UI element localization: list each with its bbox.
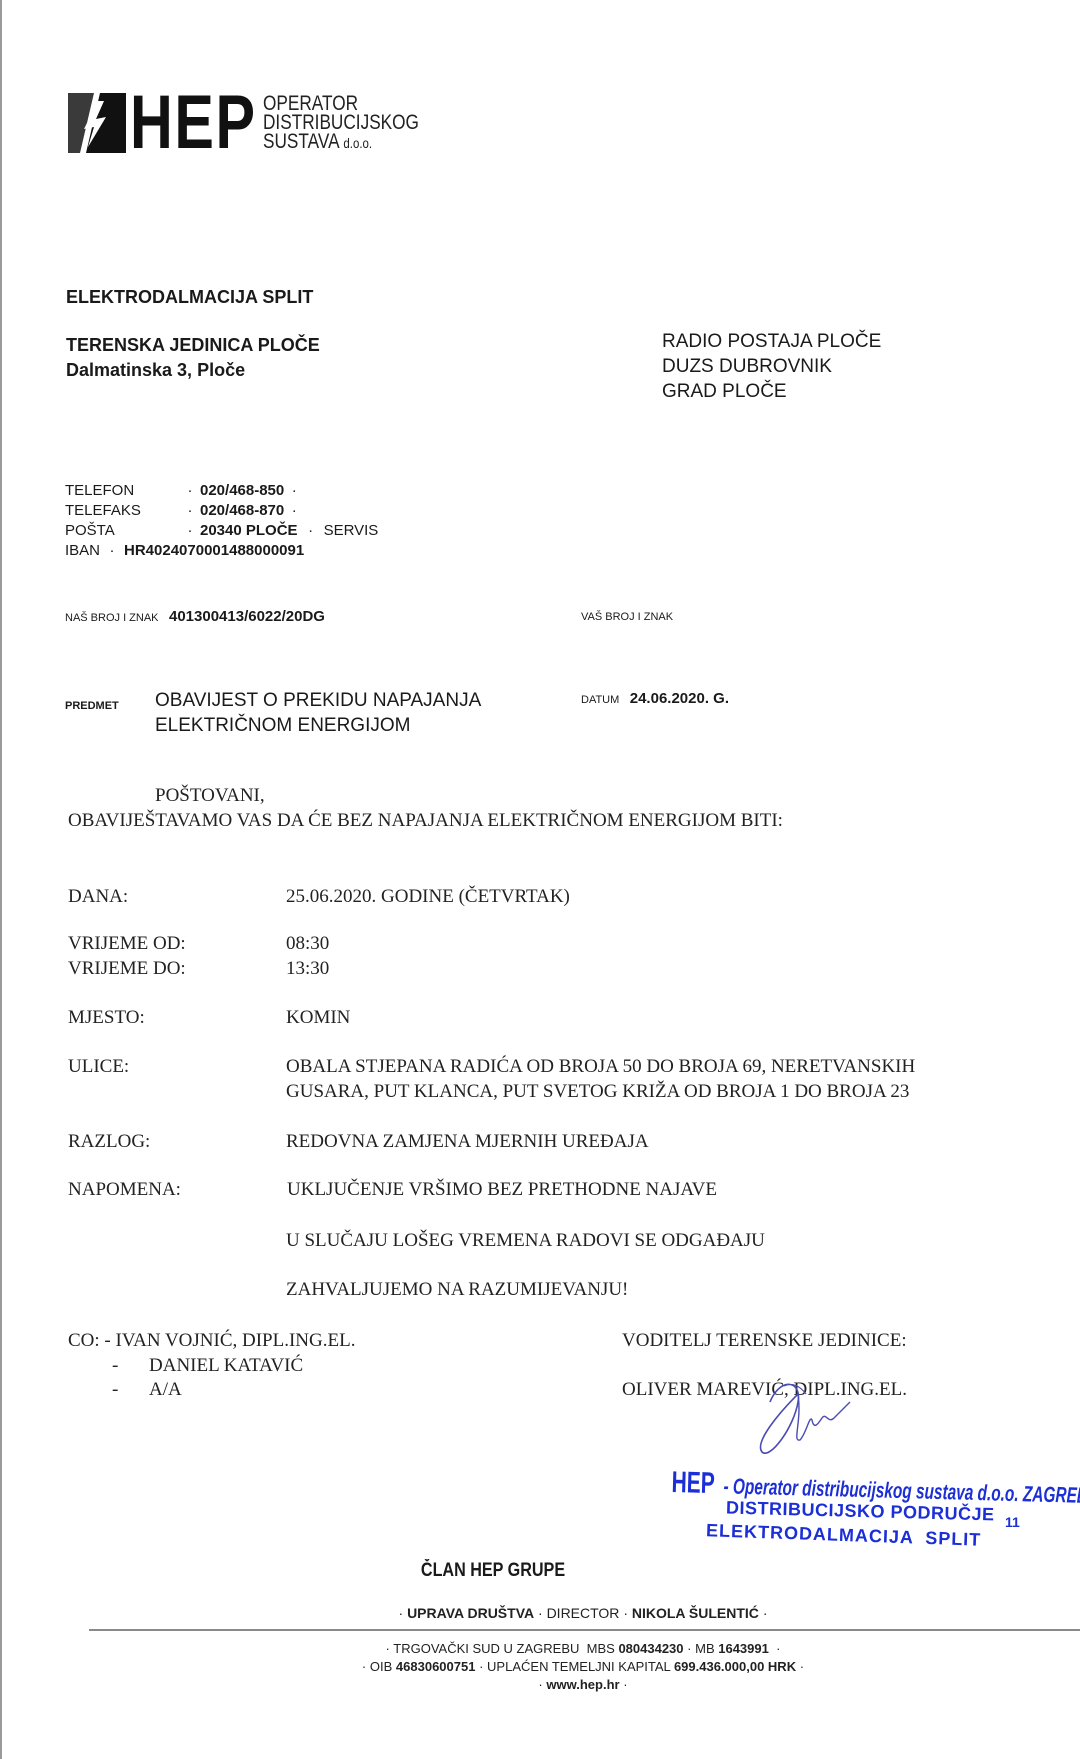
weather-note: U SLUČAJU LOŠEG VREMENA RADOVI SE ODGAĐA… <box>286 1231 765 1250</box>
logo-mark-text: HEP <box>130 93 235 153</box>
oib-label: OIB <box>370 1659 392 1674</box>
mbs-label: MBS <box>587 1641 615 1656</box>
recipient-2: DUZS DUBROVNIK <box>662 357 832 376</box>
mb-label: MB <box>695 1641 715 1656</box>
bullet: · <box>763 1605 768 1621</box>
date-label: DATUM <box>581 694 619 706</box>
sender-unit: TERENSKA JEDINICA PLOČE <box>66 336 320 354</box>
iban-label: IBAN <box>65 542 100 559</box>
director-label: DIRECTOR <box>547 1605 620 1621</box>
vrijeme-od-value: 08:30 <box>286 934 329 953</box>
management-label: UPRAVA DRUŠTVA <box>407 1605 534 1621</box>
cc-third: A/A <box>149 1380 182 1399</box>
cc-label: CO: - <box>68 1330 111 1351</box>
subject-line-2: ELEKTRIČNOM ENERGIJOM <box>155 716 410 735</box>
separator: · <box>180 523 200 538</box>
capital-value: 699.436.000,00 HRK <box>674 1659 796 1674</box>
vrijeme-do-label: VRIJEME DO: <box>68 959 186 978</box>
thanks-note: ZAHVALJUJEMO NA RAZUMIJEVANJU! <box>286 1280 628 1299</box>
recipient-1: RADIO POSTAJA PLOČE <box>662 332 881 351</box>
page-edge <box>0 0 2 1759</box>
contact-posta-row: POŠTA·20340 PLOČE·SERVIS <box>65 523 378 538</box>
mbs-value: 080434230 <box>618 1641 683 1656</box>
logo-line-3: SUSTAVA <box>263 130 339 153</box>
hep-logo: HEP OPERATOR DISTRIBUCIJSKOG SUSTAVA d.o… <box>68 93 453 153</box>
posta-value: 20340 PLOČE <box>200 522 298 539</box>
stamp-line-3: ELEKTRODALMACIJA SPLIT <box>706 1521 982 1549</box>
subject-label: PREDMET <box>65 701 119 712</box>
capital-label: UPLAĆEN TEMELJNI KAPITAL <box>487 1659 670 1674</box>
bullet: · <box>623 1677 627 1692</box>
oib-value: 46830600751 <box>396 1659 476 1674</box>
signatory-title: VODITELJ TERENSKE JEDINICE: <box>622 1331 907 1350</box>
sender-address: Dalmatinska 3, Ploče <box>66 361 245 379</box>
posta-extra: SERVIS <box>324 522 379 539</box>
bullet: · <box>538 1677 542 1692</box>
greeting: POŠTOVANI, <box>155 786 265 805</box>
oib-line: · OIB 46830600751 · UPLAĆEN TEMELJNI KAP… <box>0 1660 1080 1673</box>
separator: · <box>100 543 124 558</box>
razlog-label: RAZLOG: <box>68 1132 150 1151</box>
cc-dash-3: - <box>112 1380 118 1399</box>
contact-telefaks-row: TELEFAKS·020/468-870· <box>65 503 304 518</box>
stamp-number: 11 <box>1005 1515 1020 1529</box>
bullet: · <box>362 1659 366 1674</box>
razlog-value: REDOVNA ZAMJENA MJERNIH UREĐAJA <box>286 1132 649 1151</box>
court: TRGOVAČKI SUD U ZAGREBU <box>393 1641 579 1656</box>
our-reference-label: NAŠ BROJ I ZNAK <box>65 612 159 624</box>
stamp-hep: HEP <box>671 1468 715 1499</box>
bullet: · <box>386 1641 390 1656</box>
date-value: 24.06.2020. G. <box>630 690 729 707</box>
telefon-label: TELEFON <box>65 483 180 498</box>
logo-company-name: OPERATOR DISTRIBUCIJSKOG SUSTAVA d.o.o. <box>263 94 419 153</box>
cc-dash-2: - <box>112 1356 118 1375</box>
separator: · <box>180 483 200 498</box>
vrijeme-do-value: 13:30 <box>286 959 329 978</box>
management-line: · UPRAVA DRUŠTVA · DIRECTOR · NIKOLA ŠUL… <box>0 1606 1080 1620</box>
cc-line-1: CO: - IVAN VOJNIĆ, DIPL.ING.EL. <box>68 1331 355 1350</box>
mjesto-label: MJESTO: <box>68 1008 145 1027</box>
signature <box>740 1372 880 1472</box>
footer-divider <box>89 1629 1080 1631</box>
registry-line: · TRGOVAČKI SUD U ZAGREBU MBS 080434230 … <box>0 1642 1080 1655</box>
bullet: · <box>623 1605 628 1621</box>
date-block: DATUM 24.06.2020. G. <box>581 691 729 707</box>
mjesto-value: KOMIN <box>286 1008 350 1027</box>
bullet: · <box>479 1659 483 1674</box>
telefon-value: 020/468-850 <box>200 482 284 499</box>
bullet: · <box>776 1641 780 1656</box>
dana-label: DANA: <box>68 887 128 906</box>
our-reference-value: 401300413/6022/20DG <box>169 608 325 625</box>
dana-value: 25.06.2020. GODINE (ČETVRTAK) <box>286 887 570 906</box>
separator: · <box>284 483 304 498</box>
cc-first: IVAN VOJNIĆ, DIPL.ING.EL. <box>116 1330 356 1351</box>
separator: · <box>284 503 304 518</box>
bullet: · <box>800 1659 804 1674</box>
bullet: · <box>399 1605 404 1621</box>
iban-value: HR4024070001488000091 <box>124 542 304 559</box>
vrijeme-od-label: VRIJEME OD: <box>68 934 186 953</box>
director-name: NIKOLA ŠULENTIĆ <box>632 1605 759 1621</box>
bullet: · <box>538 1605 543 1621</box>
lightning-bolt-icon <box>68 93 126 153</box>
subject-line-1: OBAVIJEST O PREKIDU NAPAJANJA <box>155 691 481 710</box>
recipient-3: GRAD PLOČE <box>662 382 787 401</box>
sender-org: ELEKTRODALMACIJA SPLIT <box>66 288 313 306</box>
logo-suffix: d.o.o. <box>343 135 372 151</box>
our-reference: NAŠ BROJ I ZNAK 401300413/6022/20DG <box>65 609 325 625</box>
ulice-line-1: OBALA STJEPANA RADIĆA OD BROJA 50 DO BRO… <box>286 1057 915 1076</box>
separator: · <box>298 523 324 538</box>
website-line: · www.hep.hr · <box>0 1678 1080 1691</box>
separator: · <box>180 503 200 518</box>
ulice-line-2: GUSARA, PUT KLANCA, PUT SVETOG KRIŽA OD … <box>286 1082 909 1101</box>
bullet: · <box>687 1641 691 1656</box>
website-link[interactable]: www.hep.hr <box>546 1677 619 1692</box>
telefaks-label: TELEFAKS <box>65 503 180 518</box>
cc-second: DANIEL KATAVIĆ <box>149 1356 303 1375</box>
telefaks-value: 020/468-870 <box>200 502 284 519</box>
napomena-value: UKLJUČENJE VRŠIMO BEZ PRETHODNE NAJAVE <box>287 1180 717 1199</box>
ulice-label: ULICE: <box>68 1057 129 1076</box>
contact-telefon-row: TELEFON·020/468-850· <box>65 483 304 498</box>
posta-label: POŠTA <box>65 523 180 538</box>
group-membership: ČLAN HEP GRUPE <box>0 1561 986 1580</box>
contact-iban-row: IBAN·HR4024070001488000091 <box>65 543 304 558</box>
your-reference-label: VAŠ BROJ I ZNAK <box>581 612 673 623</box>
mb-value: 1643991 <box>718 1641 769 1656</box>
napomena-label: NAPOMENA: <box>68 1180 181 1199</box>
intro-text: OBAVIJEŠTAVAMO VAS DA ĆE BEZ NAPAJANJA E… <box>68 811 783 830</box>
